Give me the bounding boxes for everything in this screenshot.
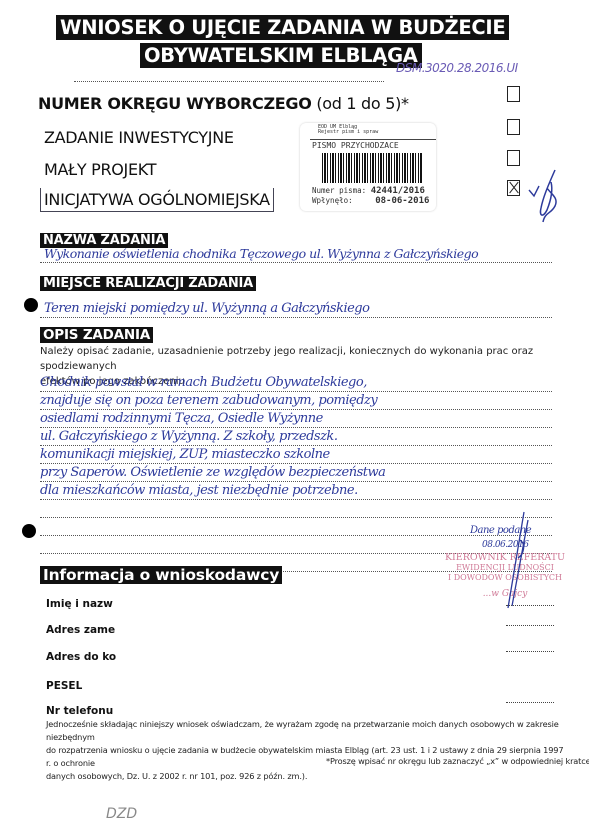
citywide-checkbox-checked[interactable] <box>507 180 520 196</box>
sticker-doc-type: PISMO PRZYCHODZACE <box>312 141 399 150</box>
field-phone-input[interactable] <box>506 702 554 703</box>
field-contact-address-label: Adres do ko <box>46 651 116 663</box>
description-line-empty <box>40 500 552 518</box>
field-name-label: Imię i nazw <box>46 598 113 610</box>
description-heading: OPIS ZADANIA <box>40 327 153 343</box>
description-line: Chodnik powstał w ramach Budżetu Obywate… <box>40 374 552 392</box>
pencil-note: DZD <box>106 806 137 822</box>
description-lines[interactable]: Chodnik powstał w ramach Budżetu Obywate… <box>40 374 552 572</box>
received-date: 08-06-2016 <box>375 196 429 206</box>
small-project-checkbox[interactable] <box>507 150 520 166</box>
investment-checkbox[interactable] <box>507 119 520 135</box>
district-label: NUMER OKRĘGU WYBORCZEGO (od 1 do 5)* <box>38 94 409 113</box>
signature-icon <box>500 510 530 610</box>
description-line: ul. Gałczyńskiego z Wyżynną. Z szkoły, p… <box>40 428 552 446</box>
option-small-project-label: MAŁY PROJEKT <box>44 160 156 179</box>
field-address-label: Adres zame <box>46 624 115 636</box>
barcode <box>322 153 422 183</box>
option-investment-label: ZADANIE INWESTYCYJNE <box>44 128 234 147</box>
field-contact-address-input[interactable] <box>506 651 554 652</box>
task-name-value[interactable]: Wykonanie oświetlenia chodnika Tęczowego… <box>44 246 478 261</box>
form-title-line1: WNIOSEK O UJĘCIE ZADANIA W BUDŻECIE <box>56 15 509 40</box>
registry-sticker: EOD UM ElblągRejestr pism i spraw PISMO … <box>300 123 436 211</box>
form-title-line2: OBYWATELSKIM ELBLĄGA <box>140 43 422 68</box>
document-number: 42441/2016 <box>371 186 425 196</box>
description-line: znajduje się on poza terenem zabudowanym… <box>40 392 552 410</box>
description-line: osiedlami rodzinnymi Tęcza, Osiedle Wyży… <box>40 410 552 428</box>
punch-hole <box>24 298 38 312</box>
field-pesel-label: PESEL <box>46 680 82 692</box>
applicant-heading: Informacja o wnioskodawcy <box>40 566 282 584</box>
location-value[interactable]: Teren miejski pomiędzy ul. Wyżynną a Gał… <box>44 301 369 316</box>
signature-icon <box>525 168 565 226</box>
consent-text: Jednocześnie składając niniejszy wniosek… <box>46 718 566 783</box>
description-line: komunikacji miejskiej, ZUP, miasteczko s… <box>40 446 552 464</box>
reference-number: DSM.3020.28.2016.UI <box>396 61 518 75</box>
description-line: dla mieszkańców miasta, jest niezbędnie … <box>40 482 552 500</box>
location-heading: MIEJSCE REALIZACJI ZADANIA <box>40 276 256 291</box>
district-checkbox[interactable] <box>507 86 520 102</box>
field-name-input[interactable] <box>506 605 554 606</box>
field-address-input[interactable] <box>506 625 554 626</box>
description-line: przy Saperów. Oświetlenie ze względów be… <box>40 464 552 482</box>
field-phone-label: Nr telefonu <box>46 705 113 717</box>
punch-hole <box>22 524 36 538</box>
footnote: *Proszę wpisać nr okręgu lub zaznaczyć „… <box>326 755 589 768</box>
option-citywide-label: INICJATYWA OGÓLNOMIEJSKA <box>40 188 274 212</box>
header-divider <box>74 81 384 82</box>
